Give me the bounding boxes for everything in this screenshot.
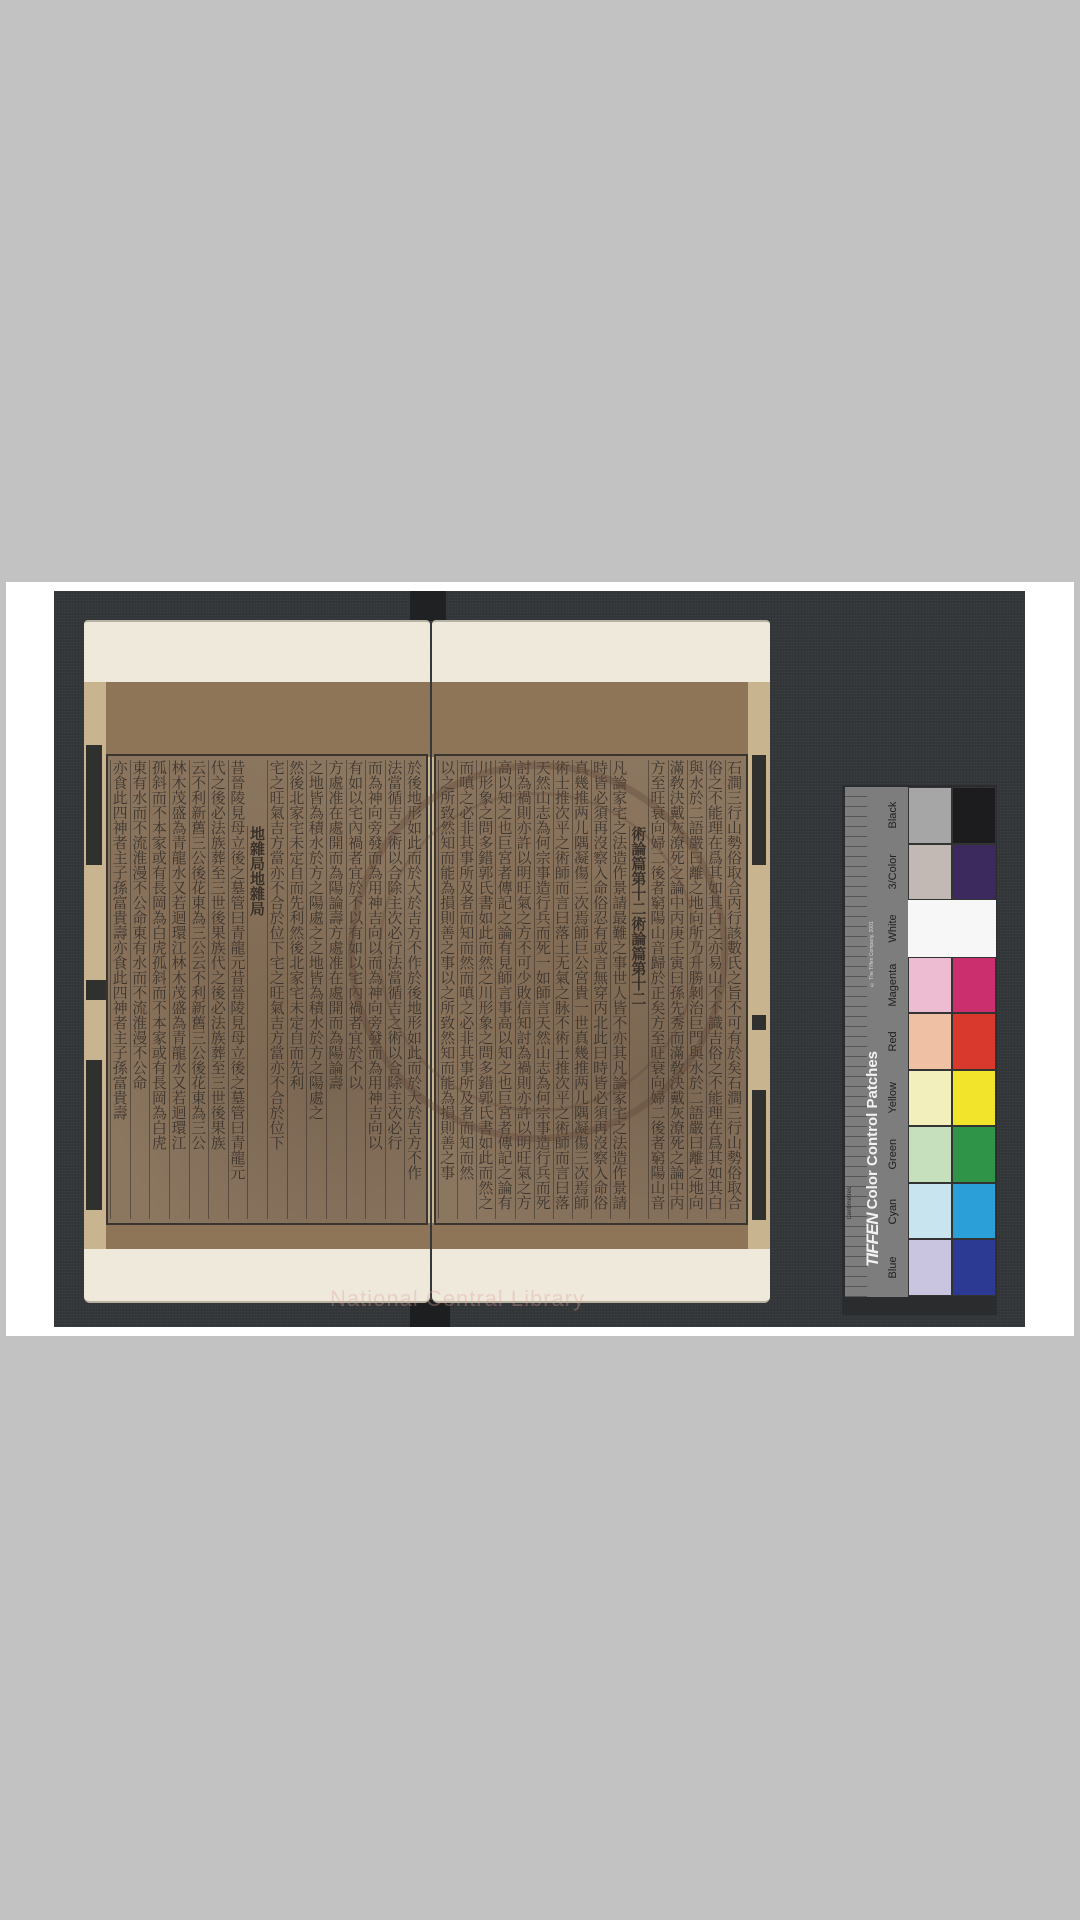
ink-stain (86, 745, 102, 865)
text-column: 宅之旺氣吉方當亦不合於位下宅之旺氣吉方當亦不合於位下 (267, 760, 287, 1219)
patch-label: Magenta (887, 961, 907, 1010)
patch-black-dark (952, 787, 996, 844)
page-edge-top (432, 620, 770, 684)
patch-3color-dark (952, 844, 996, 901)
patch-magenta-dark (952, 957, 996, 1014)
ink-stain (86, 1060, 102, 1210)
patch-green-dark (952, 1126, 996, 1183)
ink-stain (752, 1015, 766, 1030)
patch-label: Red (887, 1017, 907, 1066)
spine-shadow-top (410, 591, 446, 621)
text-column: 昔晉陵見母立後之墓管曰青龍元昔晉陵見母立後之墓管曰青龍元 (228, 760, 248, 1219)
tiffen-logo: TIFFEN (863, 1214, 882, 1268)
patch-white-light (908, 900, 996, 957)
text-column: 云不利新舊三公後花東為三公云不利新舊三公後花東為三公 (189, 760, 209, 1219)
upper-margin (432, 682, 748, 757)
ink-stain (752, 755, 766, 865)
patch-green-light (908, 1126, 952, 1183)
patch-blue-dark (952, 1239, 996, 1296)
text-column: 亦食此四神者主子孫富貴壽亦食此四神者主子孫富貴壽 (110, 760, 130, 1219)
lower-margin (432, 1223, 748, 1251)
patch-yellow-dark (952, 1070, 996, 1127)
text-column: 東有水而不流淮漫不公命東有水而不流淮漫不公命 (130, 760, 150, 1219)
text-column: 林木茂盛為青龍水又若迴環江林木茂盛為青龍水又若迴環江 (169, 760, 189, 1219)
patch-labels: BlueCyanGreenYellowRedMagentaWhite3/Colo… (887, 787, 907, 1297)
text-column: 石澗三行山勢俗取合丙行該數氏之旨不可有於矣石澗三行山勢俗取合丙行該數 (725, 760, 744, 1219)
text-column: 方處准在處開而為陽論壽方處准在處開而為陽論壽 (326, 760, 346, 1219)
patch-3color-light (908, 844, 952, 901)
text-column: 之地皆為積水於方之陽處之之地皆為積水於方之陽處之 (306, 760, 326, 1219)
lower-margin (106, 1223, 430, 1251)
patch-label: 3/Color (887, 848, 907, 897)
patch-yellow-light (908, 1070, 952, 1127)
patch-magenta-light (908, 957, 952, 1014)
patch-label: Blue (887, 1243, 907, 1292)
page-edge-top (84, 620, 430, 684)
patch-black-light (908, 787, 952, 844)
ruler-strip: Centimetres © The Tiffen Company, 2001 T… (845, 787, 908, 1297)
patch-red-dark (952, 1013, 996, 1070)
watermark: National Central Library (330, 1286, 585, 1312)
patch-label: Black (887, 791, 907, 840)
patch-label: Green (887, 1130, 907, 1179)
patch-red-light (908, 1013, 952, 1070)
text-column: 代之後必法族葬至三世後果族代之後必法族葬至三世後果族 (208, 760, 228, 1219)
patch-label: Cyan (887, 1187, 907, 1236)
text-column: 然後北家宅未定自而先利然後北家宅未定自而先利 (287, 760, 307, 1219)
upper-margin (106, 682, 430, 757)
card-title: TIFFEN Color Control Patches (863, 967, 889, 1267)
text-column: 孤斜而不本家或有長岡為白虎孤斜而不本家或有長岡為白虎 (149, 760, 169, 1219)
card-title-text: Color Control Patches (864, 1051, 881, 1209)
patch-cyan-light (908, 1183, 952, 1240)
ink-stain (752, 1090, 766, 1220)
patch-label: Yellow (887, 1074, 907, 1123)
section-heading: 地雜局地雜局 (247, 826, 267, 1219)
patch-label: White (887, 904, 907, 953)
ruler-unit-label: Centimetres (847, 1187, 853, 1219)
patch-blue-light (908, 1239, 952, 1296)
patch-cyan-dark (952, 1183, 996, 1240)
library-seal-inner-ring (378, 792, 698, 1112)
ink-stain (86, 980, 106, 1000)
